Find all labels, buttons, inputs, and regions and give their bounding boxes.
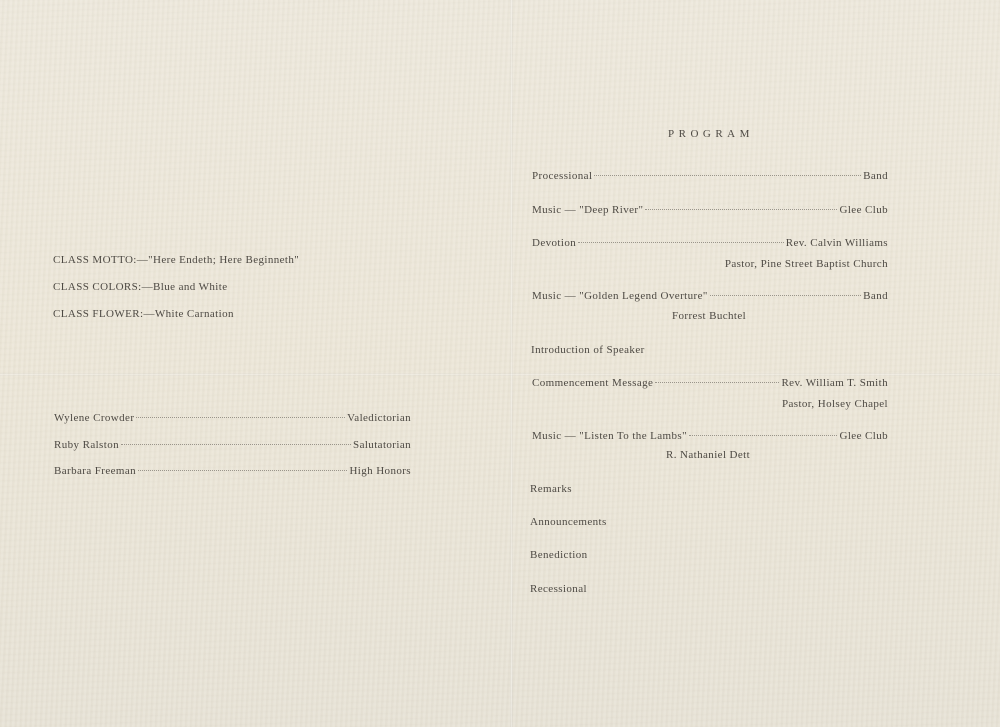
program-item: Commencement Message Rev. William T. Smi…	[532, 377, 888, 389]
program-performer: Band	[863, 170, 888, 182]
paper-background	[0, 0, 1000, 727]
class-flower-value: White Carnation	[155, 308, 234, 320]
program-note: Pastor, Pine Street Baptist Church	[725, 258, 888, 270]
dotted-leader	[136, 417, 345, 418]
program-note: Forrest Buchtel	[672, 310, 746, 322]
program-performer: Band	[863, 290, 888, 302]
program-item-name: Recessional	[530, 583, 587, 595]
program-item-name: Remarks	[530, 483, 572, 495]
program-note: R. Nathaniel Dett	[666, 449, 750, 461]
program-item-name: Announcements	[530, 516, 607, 528]
program-item-name: Commencement Message	[532, 377, 653, 389]
class-flower: CLASS FLOWER:—White Carnation	[53, 308, 234, 320]
honor-row: Wylene Crowder Valedictorian	[54, 412, 411, 424]
program-note: Pastor, Holsey Chapel	[782, 398, 888, 410]
program-item: Music — "Deep River" Glee Club	[532, 204, 888, 216]
program-performer: Rev. Calvin Williams	[786, 237, 888, 249]
program-item-name: Music — "Deep River"	[532, 204, 643, 216]
honor-row: Ruby Ralston Salutatorian	[54, 439, 411, 451]
program-title: PROGRAM	[668, 128, 754, 140]
program-item-name: Benediction	[530, 549, 588, 561]
program-item: Music — "Golden Legend Overture" Band	[532, 290, 888, 302]
honor-row: Barbara Freeman High Honors	[54, 465, 411, 477]
program-item-name: Music — "Golden Legend Overture"	[532, 290, 708, 302]
dotted-leader	[138, 470, 347, 471]
dotted-leader	[594, 175, 861, 176]
class-flower-label: CLASS FLOWER:—	[53, 308, 155, 320]
program-item-name: Devotion	[532, 237, 576, 249]
dotted-leader	[645, 209, 837, 210]
dotted-leader	[655, 382, 779, 383]
class-colors: CLASS COLORS:—Blue and White	[53, 281, 227, 293]
honor-title: High Honors	[349, 465, 411, 477]
program-performer: Glee Club	[839, 204, 888, 216]
program-item-name: Introduction of Speaker	[531, 344, 645, 356]
dotted-leader	[121, 444, 351, 445]
program-item-name: Music — "Listen To the Lambs"	[532, 430, 687, 442]
honor-title: Valedictorian	[347, 412, 411, 424]
program-performer: Rev. William T. Smith	[781, 377, 888, 389]
class-motto-label: CLASS MOTTO:—	[53, 254, 148, 266]
honor-student-name: Ruby Ralston	[54, 439, 119, 451]
program-item: Music — "Listen To the Lambs" Glee Club	[532, 430, 888, 442]
center-fold	[510, 0, 513, 727]
honor-student-name: Wylene Crowder	[54, 412, 134, 424]
honor-title: Salutatorian	[353, 439, 411, 451]
class-colors-label: CLASS COLORS:—	[53, 281, 153, 293]
program-item-name: Processional	[532, 170, 592, 182]
program-item: Devotion Rev. Calvin Williams	[532, 237, 888, 249]
dotted-leader	[578, 242, 784, 243]
horizontal-fold	[0, 373, 1000, 376]
dotted-leader	[710, 295, 861, 296]
program-performer: Glee Club	[839, 430, 888, 442]
class-colors-value: Blue and White	[153, 281, 227, 293]
dotted-leader	[689, 435, 838, 436]
class-motto-value: "Here Endeth; Here Beginneth"	[148, 254, 299, 266]
class-motto: CLASS MOTTO:—"Here Endeth; Here Beginnet…	[53, 254, 299, 266]
program-item: Processional Band	[532, 170, 888, 182]
honor-student-name: Barbara Freeman	[54, 465, 136, 477]
